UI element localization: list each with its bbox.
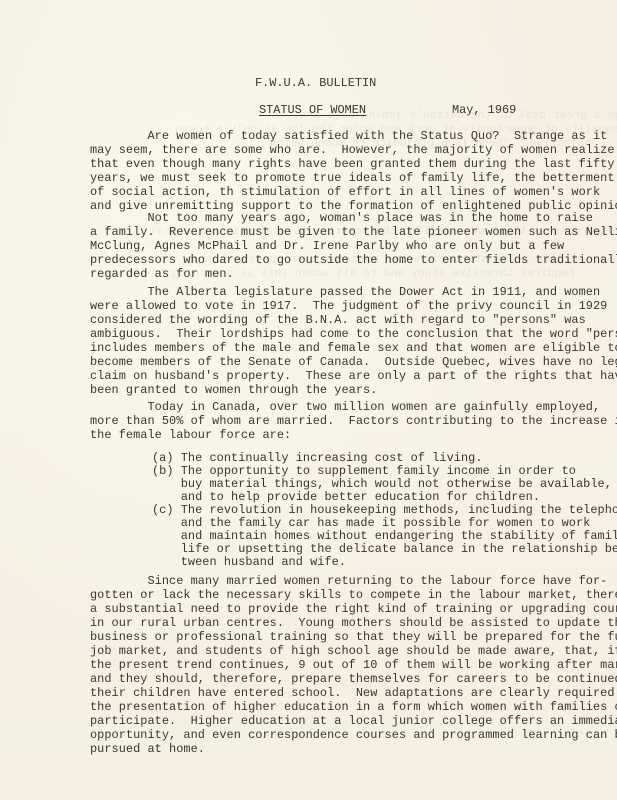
text-line: pursued at home. bbox=[90, 742, 205, 756]
text-line: participate. Higher education at a local… bbox=[90, 714, 617, 728]
text-line: in our rural urban centres. Young mother… bbox=[90, 616, 617, 630]
text-line: Not too many years ago, woman's place wa… bbox=[90, 211, 593, 225]
bulletin-title: F.W.U.A. BULLETIN bbox=[255, 76, 376, 90]
list-item-line: (c) The revolution in housekeeping metho… bbox=[152, 503, 617, 517]
text-line: a substantial need to provide the right … bbox=[90, 602, 617, 616]
list-item-line: and maintain homes without endangering t… bbox=[152, 529, 617, 543]
text-line: been granted to women through the years. bbox=[90, 383, 377, 397]
text-line: opportunity, and even correspondence cou… bbox=[90, 728, 617, 742]
list-item-line: (a) The continually increasing cost of l… bbox=[152, 451, 483, 465]
text-line: the presentation of higher education in … bbox=[90, 700, 617, 714]
text-line: Are women of today satisfied with the St… bbox=[90, 129, 607, 143]
list-item-line: (b) The opportunity to supplement family… bbox=[152, 464, 576, 478]
list-item-line: buy material things, which would not oth… bbox=[152, 477, 612, 491]
document-date: May, 1969 bbox=[452, 103, 516, 117]
text-line: years, we must seek to promote true idea… bbox=[90, 171, 615, 185]
text-line: McClung, Agnes McPhail and Dr. Irene Par… bbox=[90, 239, 564, 253]
text-line: job market, and students of high school … bbox=[90, 644, 617, 658]
text-line: business or professional training so tha… bbox=[90, 630, 617, 644]
text-line: The Alberta legislature passed the Dower… bbox=[90, 285, 600, 299]
text-line: ambiguous. Their lordships had come to t… bbox=[90, 327, 617, 341]
text-line: become members of the Senate of Canada. … bbox=[90, 355, 617, 369]
text-line: includes members of the male and female … bbox=[90, 341, 617, 355]
text-line: and they should, therefore, prepare them… bbox=[90, 672, 617, 686]
text-line: considered the wording of the B.N.A. act… bbox=[90, 313, 586, 327]
list-item-line: tween husband and wife. bbox=[152, 555, 346, 569]
text-line: of social action, th stimulation of effo… bbox=[90, 185, 600, 199]
text-line: the female labour force are: bbox=[90, 428, 291, 442]
text-line: Today in Canada, over two million women … bbox=[90, 400, 600, 414]
text-line: gotten or lack the necessary skills to c… bbox=[90, 588, 617, 602]
text-line: were allowed to vote in 1917. The judgme… bbox=[90, 299, 607, 313]
list-item-line: and to help provide better education for… bbox=[152, 490, 540, 504]
text-line: regarded as for men. bbox=[90, 267, 234, 281]
text-line: a family. Reverence must be given to the… bbox=[90, 225, 617, 239]
text-line: claim on husband's property. These are o… bbox=[90, 369, 617, 383]
list-item-line: life or upsetting the delicate balance i… bbox=[152, 542, 617, 556]
text-line: the present trend continues, 9 out of 10… bbox=[90, 658, 617, 672]
text-line: that even though many rights have been g… bbox=[90, 157, 615, 171]
text-line: may seem, there are some who are. Howeve… bbox=[90, 143, 615, 157]
text-line: their children have entered school. New … bbox=[90, 686, 617, 700]
text-line: Since many married women returning to th… bbox=[90, 574, 607, 588]
document-page: though a great deal of the nation's job-… bbox=[0, 0, 617, 800]
text-line: predecessors who dared to go outside the… bbox=[90, 253, 617, 267]
text-line: more than 50% of whom are married. Facto… bbox=[90, 414, 617, 428]
list-item-line: and the family car has made it possible … bbox=[152, 516, 590, 530]
section-title: STATUS OF WOMEN bbox=[259, 103, 366, 117]
